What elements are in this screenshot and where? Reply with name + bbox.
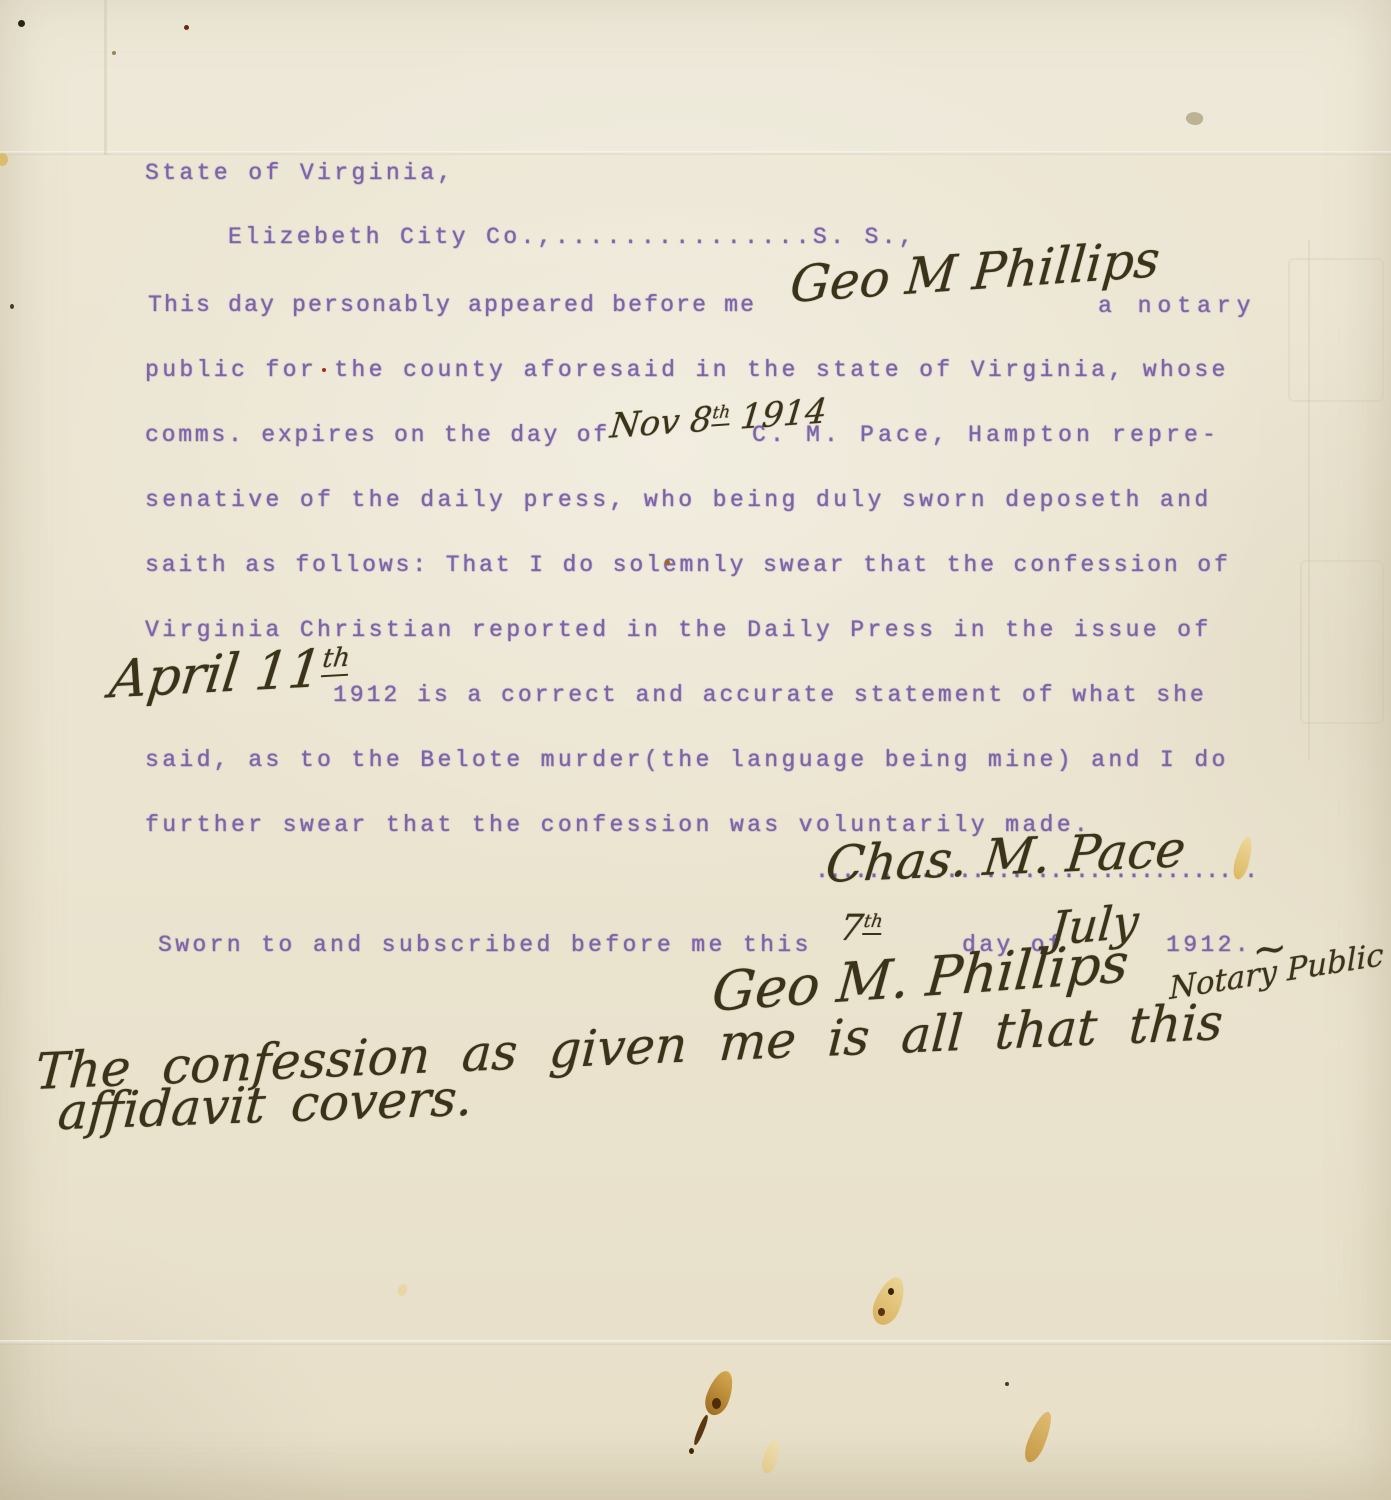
ink-drip-trail (692, 1414, 710, 1446)
typed-line-county: Elizebeth City Co.,...............S. S., (228, 224, 916, 250)
typed-line-appeared-tail: a notary (1098, 293, 1256, 319)
fold-crease-vertical (104, 0, 107, 155)
affidavit-document: State of Virginia, Elizebeth City Co.,..… (0, 0, 1391, 1500)
smudge-mark (1185, 110, 1205, 127)
ink-drop-stain (759, 1437, 782, 1475)
fold-crease-top (0, 151, 1391, 155)
handwritten-issue-date: April 11th (106, 638, 352, 711)
typed-line-comms: comms. expires on the day of (145, 422, 610, 448)
typed-sworn-year: 1912. (1166, 932, 1252, 958)
ink-speck (689, 1448, 694, 1454)
ink-speck (1005, 1382, 1009, 1386)
typed-line-statement: 1912 is a correct and accurate statement… (333, 682, 1207, 708)
typed-line-said: said, as to the Belote murder(the langua… (145, 747, 1229, 773)
ink-drop-stain (701, 1367, 738, 1418)
typed-line-public: public for the county aforesaid in the s… (145, 357, 1229, 383)
sworn-day-ordinal: th (862, 911, 884, 935)
edge-stain (0, 153, 8, 166)
ink-speck (10, 304, 14, 309)
typed-line-senative: senative of the daily press, who being d… (145, 487, 1212, 513)
typed-line-appeared: This day personably appeared before me (148, 292, 756, 318)
ink-speck (184, 25, 189, 30)
paper-emboss-mark (1300, 560, 1384, 724)
typed-line-sworn: Sworn to and subscribed before me this (158, 932, 812, 958)
typed-line-saith: saith as follows: That I do solemnly swe… (145, 552, 1231, 578)
typed-line-state: State of Virginia, (145, 160, 455, 186)
sworn-day-number: 7 (837, 908, 866, 949)
ink-drop-stain (868, 1273, 911, 1329)
handwritten-sworn-day: 7th (837, 908, 884, 949)
ink-drop-stain (396, 1283, 409, 1297)
issue-date-ordinal: th (321, 643, 352, 678)
ink-speck (112, 51, 116, 55)
commission-date-day: Nov 8 (608, 399, 714, 447)
ink-speck (712, 1398, 721, 1409)
ink-drop-stain (1021, 1409, 1057, 1465)
issue-date-day: April 11 (106, 639, 325, 711)
fold-crease-bottom (0, 1340, 1391, 1345)
typed-line-pace-intro: C. M. Pace, Hampton repre- (752, 422, 1220, 448)
ink-speck (888, 1288, 894, 1295)
ink-speck (878, 1308, 885, 1316)
ink-speck (18, 20, 25, 27)
paper-emboss-mark (1288, 258, 1384, 402)
paper-top-strip (0, 0, 1391, 151)
